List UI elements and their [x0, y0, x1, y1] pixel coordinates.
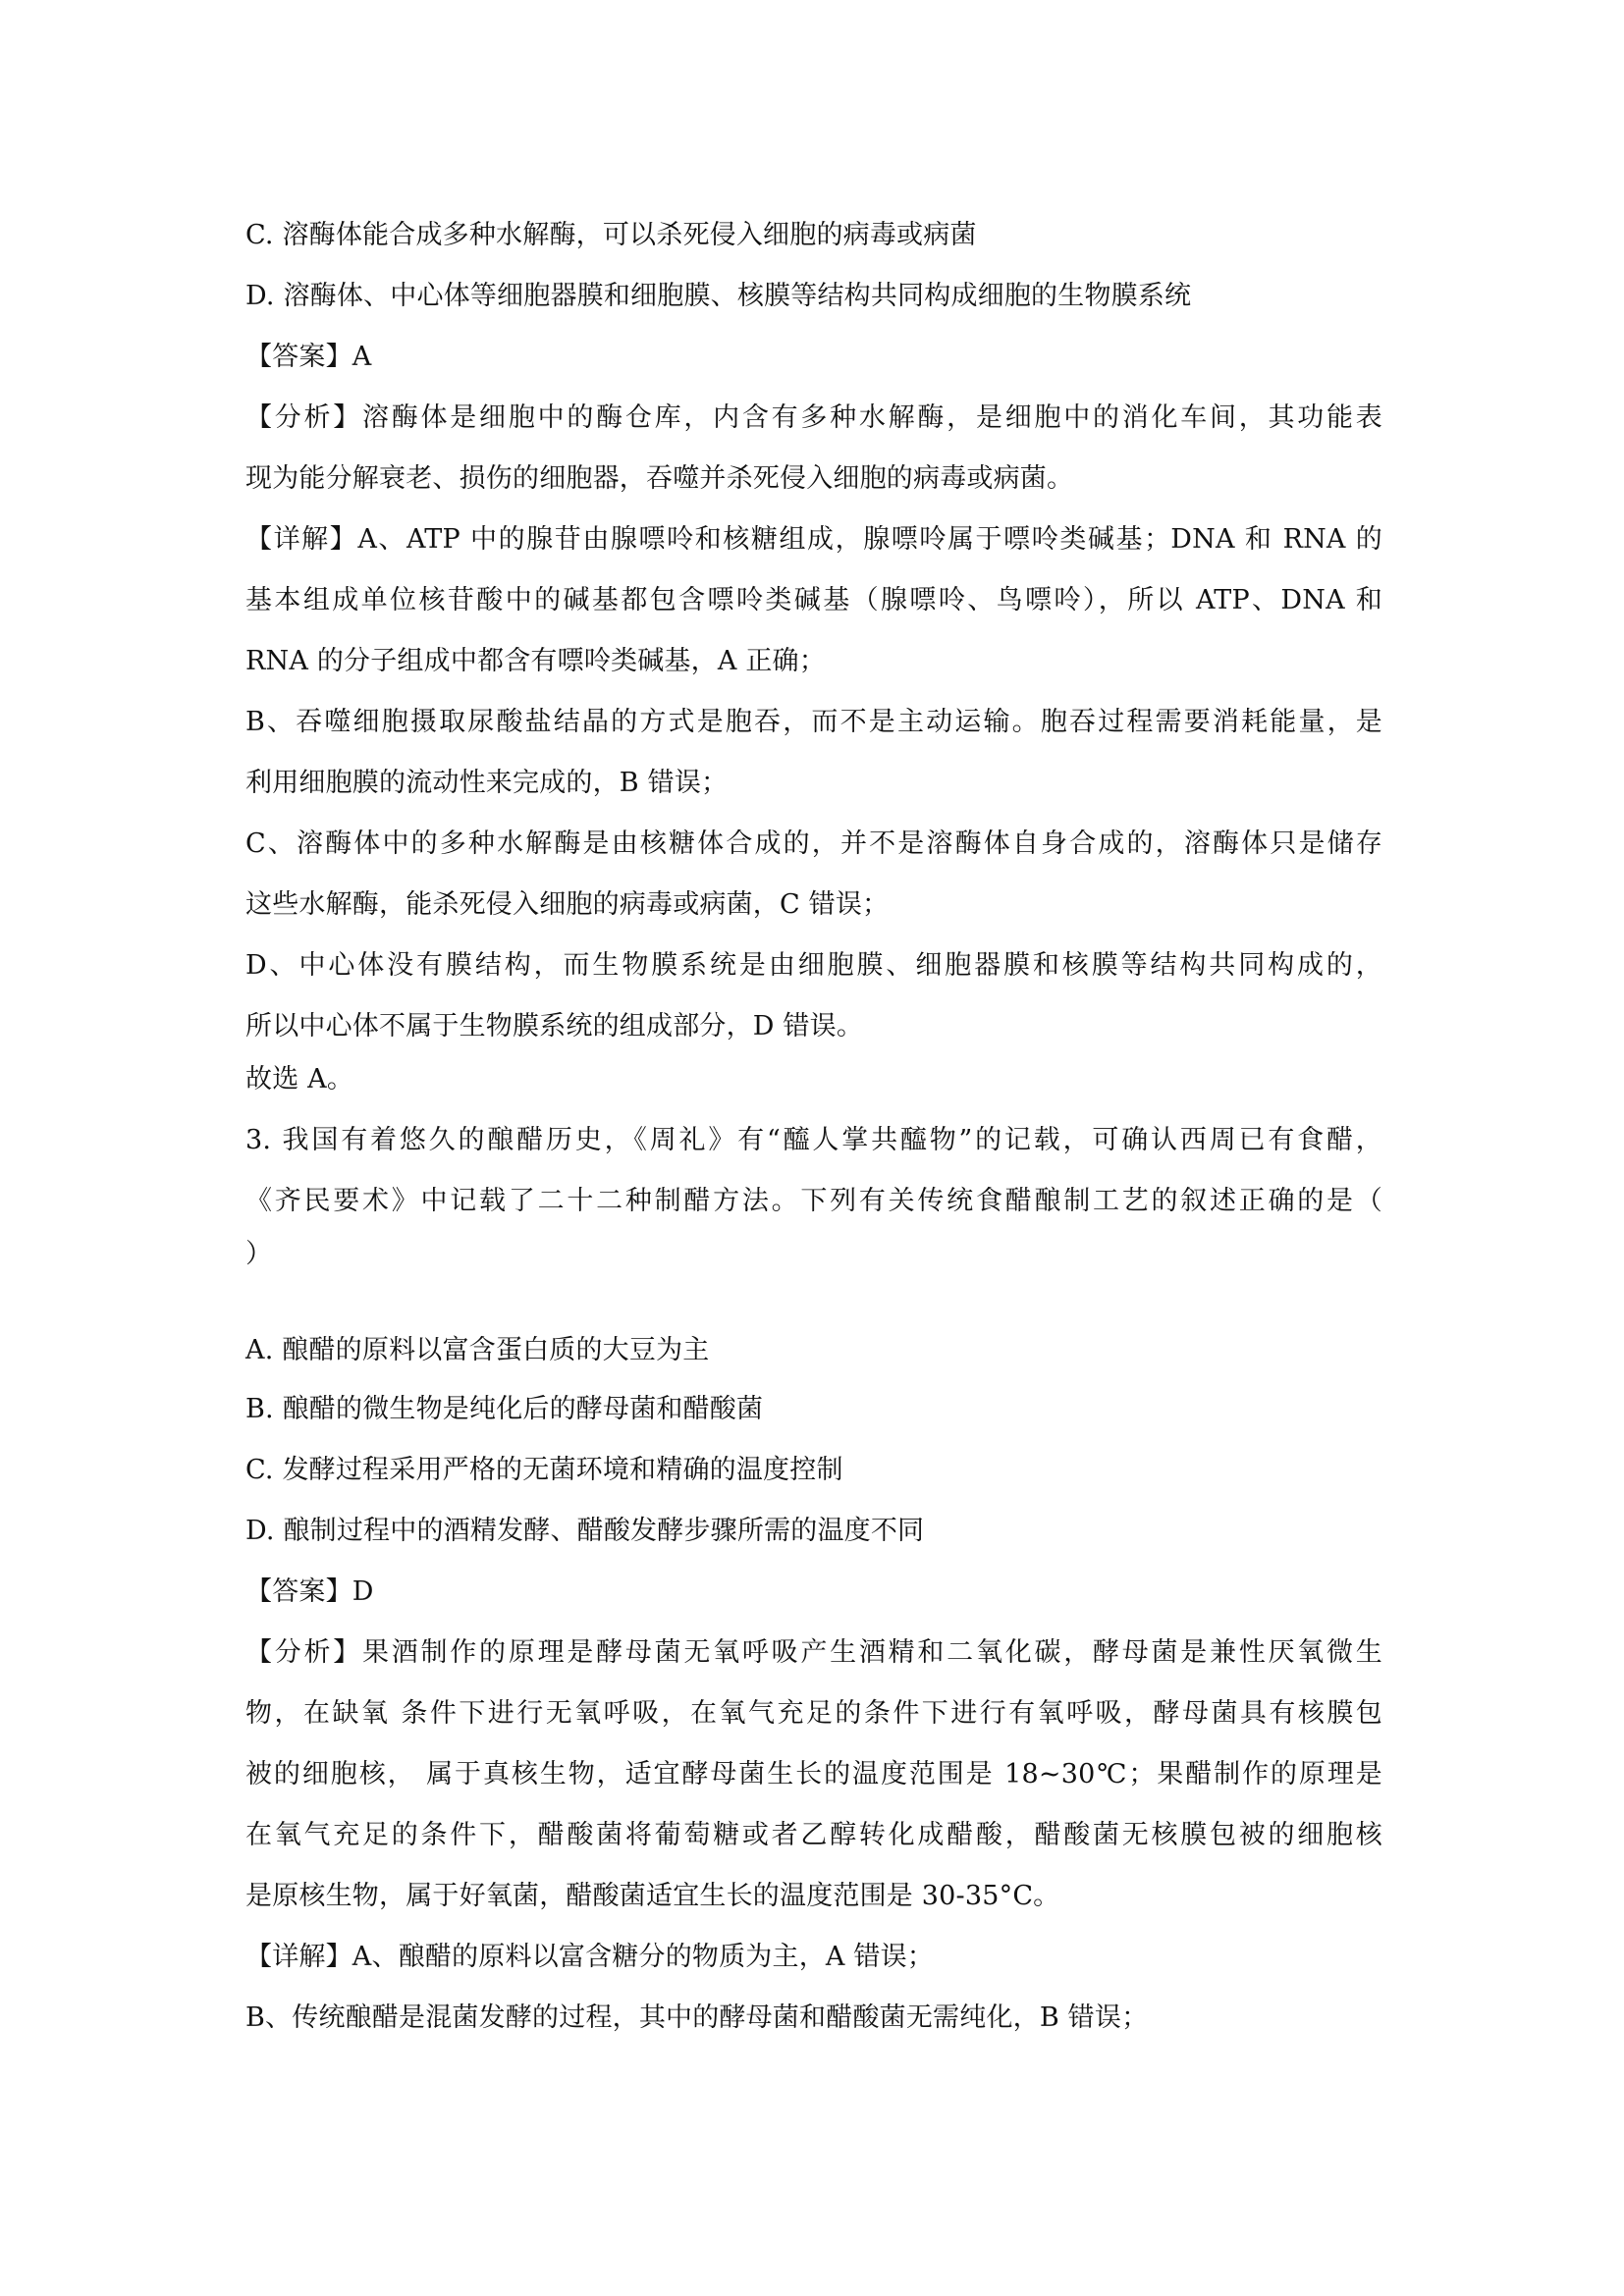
q3-option-a: A. 酿醋的原料以富含蛋白质的大豆为主: [245, 1334, 709, 1367]
document-page: C. 溶酶体能合成多种水解酶，可以杀死侵入细胞的病毒或病菌 D. 溶酶体、中心体…: [0, 0, 1624, 2296]
q2-detail-line: C、溶酶体中的多种水解酶是由核糖体合成的，并不是溶酶体自身合成的，溶酶体只是储存: [245, 828, 1382, 861]
q3-analysis-line: 被的细胞核， 属于真核生物，适宜酵母菌生长的温度范围是 18~30℃；果醋制作的…: [245, 1758, 1382, 1791]
q3-analysis-line: 在氧气充足的条件下，醋酸菌将葡萄糖或者乙醇转化成醋酸，醋酸菌无核膜包被的细胞核: [245, 1819, 1382, 1852]
q2-conclusion: 故选 A。: [245, 1063, 353, 1096]
q2-detail-line: 这些水解酶，能杀死侵入细胞的病毒或病菌，C 错误；: [245, 888, 889, 922]
q3-option-c: C. 发酵过程采用严格的无菌环境和精确的温度控制: [245, 1454, 843, 1487]
q2-detail-line: 利用细胞膜的流动性来完成的，B 错误；: [245, 767, 728, 800]
q2-analysis-line: 【分析】溶酶体是细胞中的酶仓库，内含有多种水解酶，是细胞中的消化车间，其功能表: [245, 401, 1382, 435]
q2-detail-line: 【详解】A、ATP 中的腺苷由腺嘌呤和核糖组成，腺嘌呤属于嘌呤类碱基；DNA 和…: [245, 523, 1382, 557]
q3-stem-line: ）: [245, 1238, 272, 1271]
q3-analysis-line: 是原核生物，属于好氧菌，醋酸菌适宜生长的温度范围是 30-35°C。: [245, 1880, 1059, 1913]
q3-answer: 【答案】D: [245, 1575, 374, 1609]
q3-option-b: B. 酿醋的微生物是纯化后的酵母菌和醋酸菌: [245, 1393, 763, 1426]
q3-stem-line: 《齐民要术》中记载了二十二种制醋方法。下列有关传统食醋酿制工艺的叙述正确的是（: [245, 1185, 1382, 1218]
q3-detail-line: B、传统酿醋是混菌发酵的过程，其中的酵母菌和醋酸菌无需纯化，B 错误；: [245, 2002, 1148, 2035]
q2-detail-line: RNA 的分子组成中都含有嘌呤类碱基，A 正确；: [245, 645, 826, 678]
q3-detail-line: 【详解】A、酿醋的原料以富含糖分的物质为主，A 错误；: [245, 1941, 934, 1974]
q2-option-d: D. 溶酶体、中心体等细胞器膜和细胞膜、核膜等结构共同构成细胞的生物膜系统: [245, 280, 1191, 313]
q2-detail-line: B、吞噬细胞摄取尿酸盐结晶的方式是胞吞，而不是主动运输。胞吞过程需要消耗能量，是: [245, 706, 1382, 739]
q3-analysis-line: 物，在缺氧 条件下进行无氧呼吸，在氧气充足的条件下进行有氧呼吸，酵母菌具有核膜包: [245, 1697, 1382, 1731]
q2-detail-line: D、中心体没有膜结构，而生物膜系统是由细胞膜、细胞器膜和核膜等结构共同构成的，: [245, 949, 1382, 983]
q3-stem-line: 3. 我国有着悠久的酿醋历史，《周礼》有“醯人掌共醯物”的记载，可确认西周已有食…: [245, 1124, 1382, 1157]
q2-detail-line: 基本组成单位核苷酸中的碱基都包含嘌呤类碱基（腺嘌呤、鸟嘌呤），所以 ATP、DN…: [245, 584, 1382, 617]
q2-detail-line: 所以中心体不属于生物膜系统的组成部分，D 错误。: [245, 1010, 863, 1043]
q2-option-c: C. 溶酶体能合成多种水解酶，可以杀死侵入细胞的病毒或病菌: [245, 219, 977, 252]
q3-analysis-line: 【分析】果酒制作的原理是酵母菌无氧呼吸产生酒精和二氧化碳，酵母菌是兼性厌氧微生: [245, 1636, 1382, 1670]
q3-option-d: D. 酿制过程中的酒精发酵、醋酸发酵步骤所需的温度不同: [245, 1515, 924, 1548]
q2-analysis-line: 现为能分解衰老、损伤的细胞器，吞噬并杀死侵入细胞的病毒或病菌。: [245, 462, 1073, 496]
q2-answer: 【答案】A: [245, 341, 372, 374]
